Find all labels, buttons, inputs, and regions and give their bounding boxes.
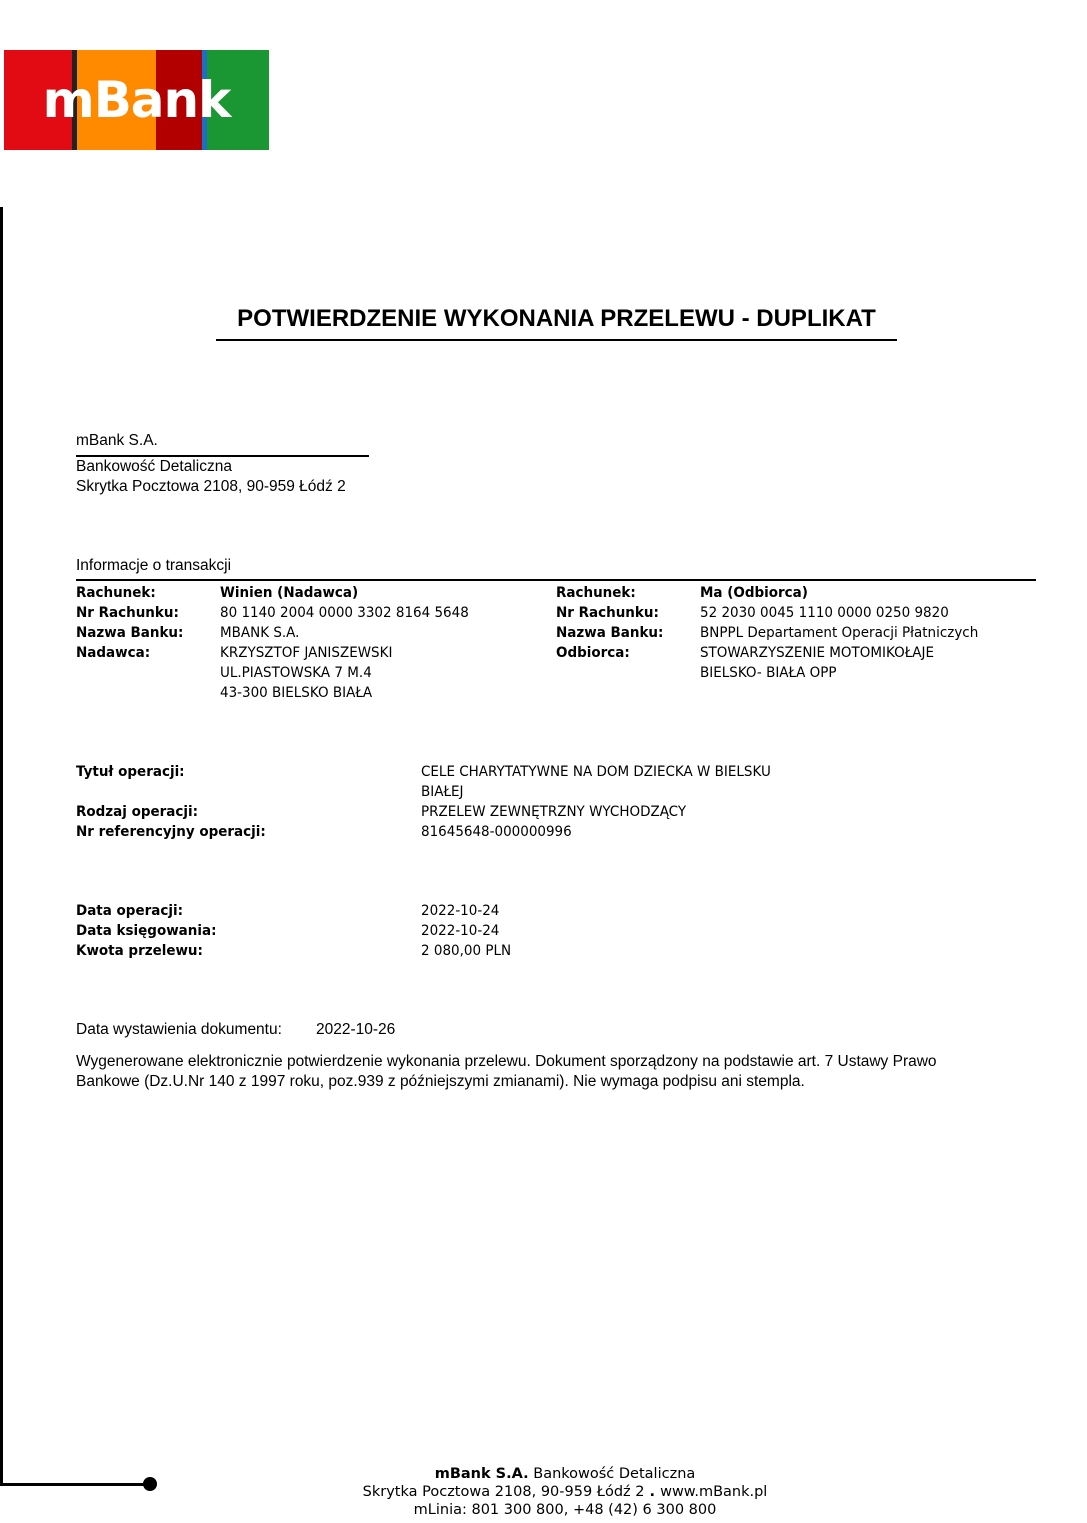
sender-bank-name: MBANK S.A.	[220, 623, 299, 643]
footer-address: Skrytka Pocztowa 2108, 90-959 Łódź 2	[363, 1484, 645, 1500]
operation-type-label: Rodzaj operacji:	[76, 802, 198, 822]
section-title: Informacje o transakcji	[76, 556, 231, 576]
sender-address-line1: UL.PIASTOWSKA 7 M.4	[220, 663, 372, 683]
footer-website-link[interactable]: www.mBank.pl	[660, 1484, 767, 1500]
footer-line1: mBank S.A. Bankowość Detaliczna	[0, 1466, 1087, 1484]
sender-account-label: Rachunek:	[76, 583, 156, 603]
operation-title-label: Tytuł operacji:	[76, 762, 185, 782]
operation-type-value: PRZELEW ZEWNĘTRZNY WYCHODZĄCY	[421, 802, 686, 822]
issuer-name: mBank S.A.	[76, 431, 158, 451]
logo-text: mBank	[4, 50, 269, 150]
disclaimer-line2: Bankowe (Dz.U.Nr 140 z 1997 roku, poz.93…	[76, 1072, 805, 1092]
issue-date-value: 2022-10-26	[316, 1020, 395, 1040]
recipient-account-label: Rachunek:	[556, 583, 636, 603]
sender-number-label: Nr Rachunku:	[76, 603, 179, 623]
sender-name: KRZYSZTOF JANISZEWSKI	[220, 643, 392, 663]
recipient-name-line2: BIELSKO- BIAŁA OPP	[700, 663, 836, 683]
amount-value: 2 080,00 PLN	[421, 941, 511, 961]
recipient-account-number: 52 2030 0045 1110 0000 0250 9820	[700, 603, 949, 623]
sender-address-line2: 43-300 BIELSKO BIAŁA	[220, 683, 372, 703]
operation-ref-value: 81645648-000000996	[421, 822, 572, 842]
operation-title-line2: BIAŁEJ	[421, 782, 464, 802]
sender-account-number: 80 1140 2004 0000 3302 8164 5648	[220, 603, 469, 623]
issuer-department: Bankowość Detaliczna	[76, 457, 232, 477]
operation-ref-label: Nr referencyjny operacji:	[76, 822, 266, 842]
booking-date-label: Data księgowania:	[76, 921, 216, 941]
recipient-bank-name: BNPPL Departament Operacji Płatniczych	[700, 623, 978, 643]
operation-title-line1: CELE CHARYTATYWNE NA DOM DZIECKA W BIELS…	[421, 762, 771, 782]
section-divider	[76, 579, 1036, 581]
document-title: POTWIERDZENIE WYKONANIA PRZELEWU - DUPLI…	[216, 305, 897, 333]
operation-date-value: 2022-10-24	[421, 901, 499, 921]
left-frame-line	[0, 207, 3, 1485]
footer-separator: .	[644, 1484, 660, 1500]
sender-bank-label: Nazwa Banku:	[76, 623, 183, 643]
footer-hotline: mLinia: 801 300 800, +48 (42) 6 300 800	[0, 1502, 1087, 1520]
recipient-name: STOWARZYSZENIE MOTOMIKOŁAJE	[700, 643, 934, 663]
sender-account-type: Winien (Nadawca)	[220, 583, 358, 603]
title-underline	[216, 339, 897, 341]
recipient-account-type: Ma (Odbiorca)	[700, 583, 808, 603]
booking-date-value: 2022-10-24	[421, 921, 499, 941]
amount-label: Kwota przelewu:	[76, 941, 203, 961]
sender-label: Nadawca:	[76, 643, 150, 663]
footer-line2: Skrytka Pocztowa 2108, 90-959 Łódź 2 . w…	[0, 1484, 1087, 1502]
recipient-bank-label: Nazwa Banku:	[556, 623, 663, 643]
disclaimer-line1: Wygenerowane elektronicznie potwierdzeni…	[76, 1052, 937, 1072]
recipient-label: Odbiorca:	[556, 643, 630, 663]
footer-department: Bankowość Detaliczna	[529, 1466, 696, 1482]
issue-date-label: Data wystawienia dokumentu:	[76, 1020, 282, 1040]
operation-date-label: Data operacji:	[76, 901, 183, 921]
footer-bank-name: mBank S.A.	[435, 1466, 529, 1482]
issuer-address: Skrytka Pocztowa 2108, 90-959 Łódź 2	[76, 477, 346, 497]
recipient-number-label: Nr Rachunku:	[556, 603, 659, 623]
